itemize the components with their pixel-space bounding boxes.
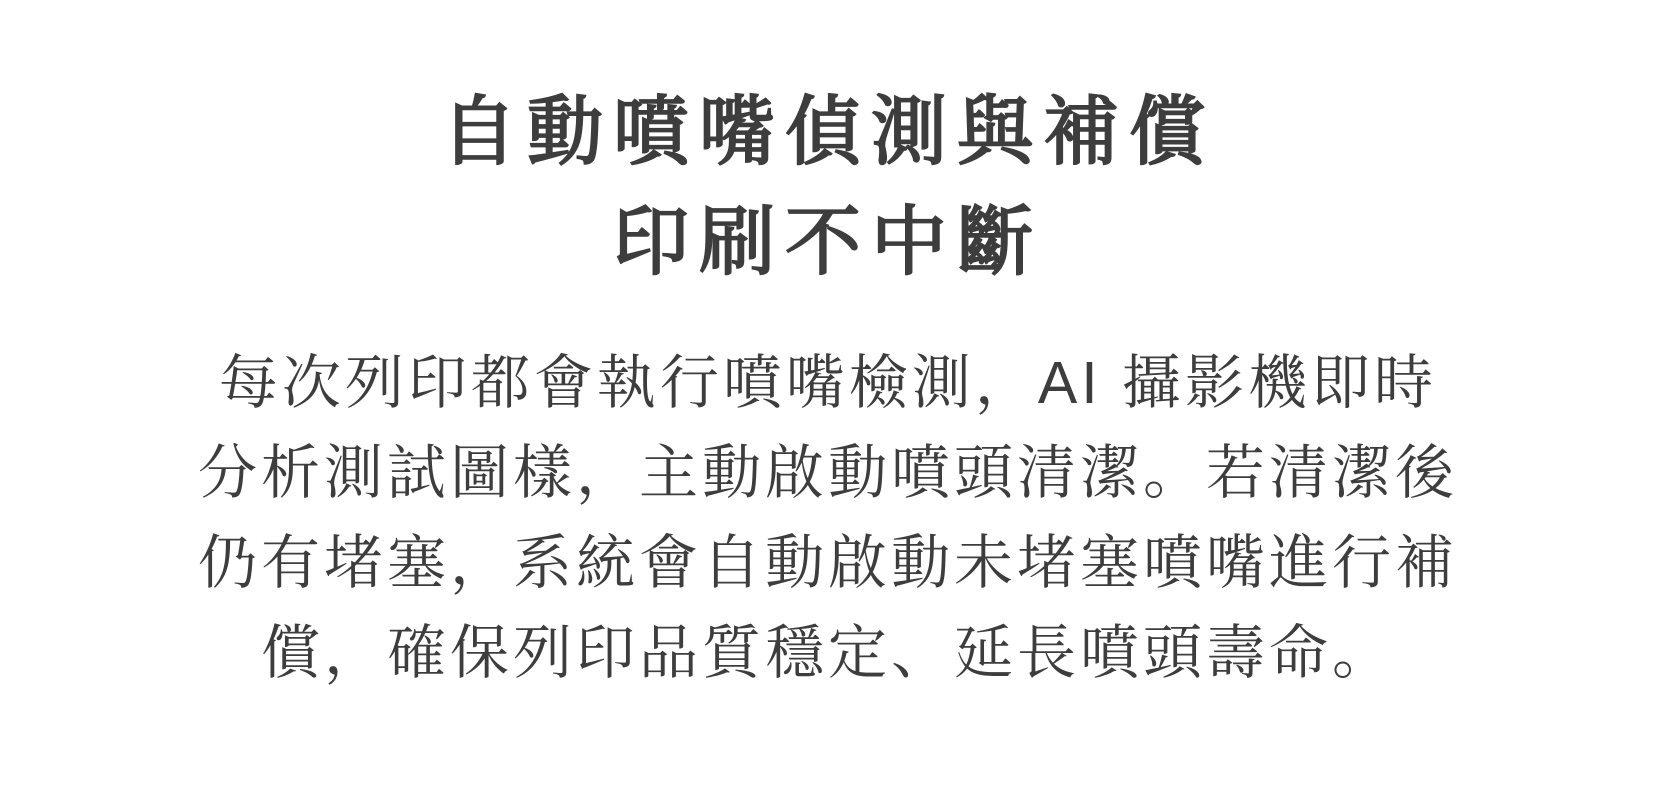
page: 自動噴嘴偵測與補償 印刷不中斷 每次列印都會執行噴嘴檢測，AI 攝影機即時 分析…	[0, 0, 1656, 800]
section-title: 自動噴嘴偵測與補償 印刷不中斷	[0, 78, 1656, 298]
section-description: 每次列印都會執行噴嘴檢測，AI 攝影機即時 分析測試圖樣，主動啟動噴頭清潔。若清…	[0, 338, 1656, 698]
description-line-3: 仍有堵塞，系統會自動啟動未堵塞噴嘴進行補	[0, 518, 1656, 608]
section-title-line-1: 自動噴嘴偵測與補償	[0, 78, 1656, 188]
description-line-4: 償，確保列印品質穩定、延長噴頭壽命。	[0, 608, 1656, 698]
description-line-2: 分析測試圖樣，主動啟動噴頭清潔。若清潔後	[0, 428, 1656, 518]
description-line-1: 每次列印都會執行噴嘴檢測，AI 攝影機即時	[0, 338, 1656, 428]
feature-section: 自動噴嘴偵測與補償 印刷不中斷 每次列印都會執行噴嘴檢測，AI 攝影機即時 分析…	[0, 0, 1656, 698]
section-title-line-2: 印刷不中斷	[0, 188, 1656, 298]
